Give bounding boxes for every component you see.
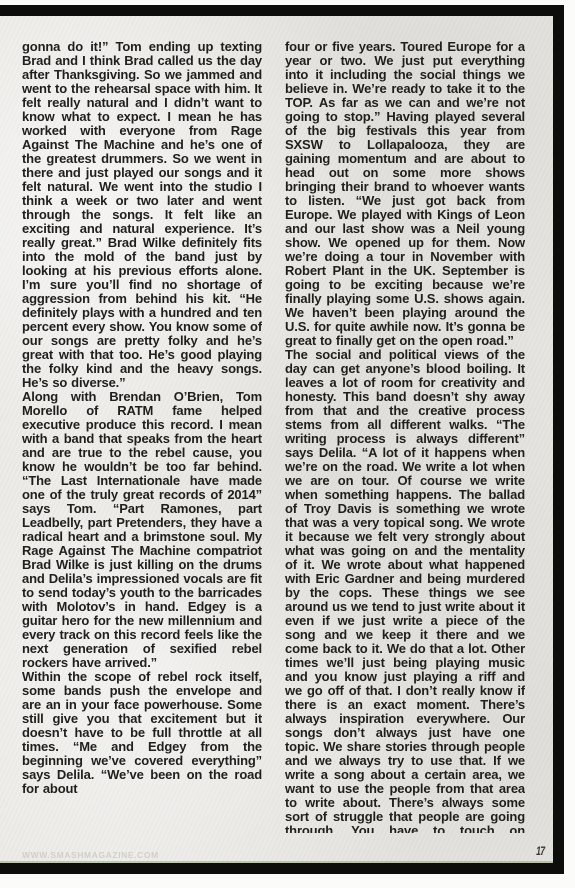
article-paragraph: four or five years. Toured Europe for a …	[285, 40, 525, 348]
article-paragraph: gonna do it!” Tom ending up texting Brad…	[22, 40, 262, 390]
article-paragraph: The social and political views of the da…	[285, 348, 525, 833]
magazine-page-frame: gonna do it!” Tom ending up texting Brad…	[0, 5, 564, 874]
footer-website-url: WWW.SMASHMAGAZINE.COM	[22, 850, 159, 860]
article-column-left: gonna do it!” Tom ending up texting Brad…	[22, 40, 262, 833]
magazine-scan: gonna do it!” Tom ending up texting Brad…	[0, 0, 575, 888]
article-body: gonna do it!” Tom ending up texting Brad…	[22, 40, 553, 833]
page-number: 17	[536, 844, 544, 858]
article-paragraph: Along with Brendan O’Brien, Tom Morello …	[22, 390, 262, 670]
article-paragraph: Within the scope of rebel rock itself, s…	[22, 670, 262, 796]
article-column-right: four or five years. Toured Europe for a …	[285, 40, 525, 833]
